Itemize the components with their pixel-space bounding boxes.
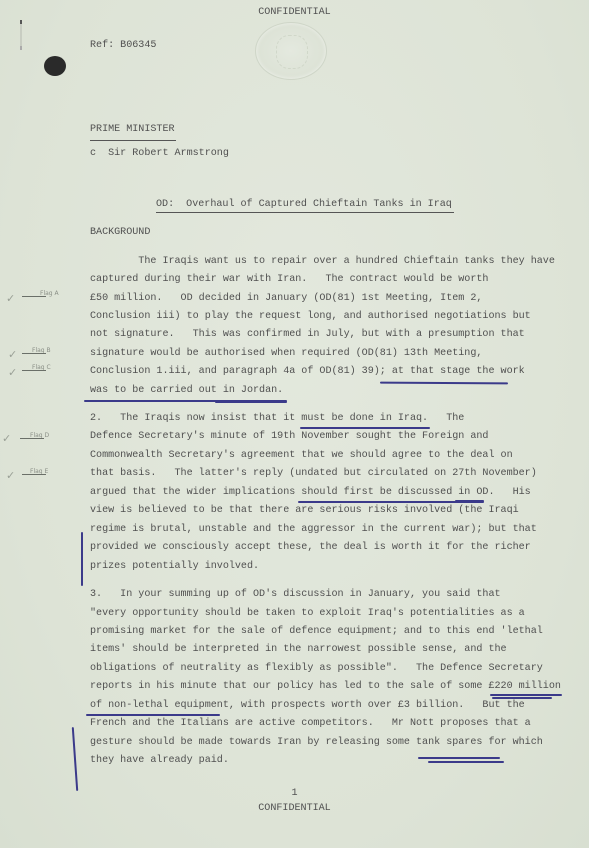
check-icon: ✓	[6, 469, 15, 482]
margin-flag-b: Flag B	[22, 347, 72, 354]
pen-underline	[380, 382, 508, 384]
check-icon: ✓	[6, 292, 15, 305]
text-line: provided we consciously accept these, th…	[90, 542, 531, 554]
text-line: The Iraqis want us to repair over a hund…	[90, 256, 555, 268]
text-line: promising market for the sale of defence…	[90, 626, 543, 638]
text-line: £50 million. OD decided in January (OD(8…	[90, 293, 482, 305]
text-line: view is believed to be that there are se…	[90, 505, 519, 517]
margin-mark	[20, 20, 22, 50]
text-line: prizes potentially involved.	[90, 561, 259, 573]
punch-hole	[44, 56, 66, 76]
text-line: Conclusion iii) to play the request long…	[90, 311, 531, 323]
check-icon: ✓	[8, 348, 17, 361]
pen-sideline	[72, 727, 78, 791]
text-line: Commonwealth Secretary's agreement that …	[90, 450, 513, 462]
text-line: that basis. The latter's reply (undated …	[90, 468, 537, 480]
page-number: 1	[0, 788, 589, 800]
title-underline	[156, 212, 454, 213]
text-line: Defence Secretary's minute of 19th Novem…	[90, 431, 488, 443]
margin-flag-c: Flag C	[22, 364, 72, 371]
addressee-to: PRIME MINISTER	[90, 124, 175, 136]
text-line: not signature. This was confirmed in Jul…	[90, 329, 525, 341]
pen-underline	[490, 694, 562, 696]
pen-underline	[300, 427, 430, 429]
text-line: 3. In your summing up of OD's discussion…	[90, 589, 501, 601]
text-line: "every opportunity should be taken to ex…	[90, 608, 525, 620]
check-icon: ✓	[8, 366, 17, 379]
footer-classification: CONFIDENTIAL	[0, 803, 589, 815]
addressee-underline	[90, 140, 176, 141]
check-icon: ✓	[2, 432, 11, 445]
text-line: was to be carried out in Jordan.	[90, 385, 283, 397]
text-line: of non-lethal equipment, with prospects …	[90, 700, 525, 712]
margin-flag-d: Flag D	[20, 432, 70, 439]
margin-flag-a: Flag A	[22, 290, 72, 297]
text-line: argued that the wider implications shoul…	[90, 487, 531, 499]
text-line: Conclusion 1.iii, and paragraph 4a of OD…	[90, 366, 525, 378]
margin-flag-e: Flag E	[22, 468, 72, 475]
header-classification: CONFIDENTIAL	[0, 7, 589, 19]
text-line: they have already paid.	[90, 755, 229, 767]
text-line: signature would be authorised when requi…	[90, 348, 482, 360]
section-heading: BACKGROUND	[90, 227, 150, 239]
pen-underline	[455, 500, 484, 502]
pen-underline	[418, 757, 500, 759]
text-line: captured during their war with Iran. The…	[90, 274, 488, 286]
text-line: reports in his minute that our policy ha…	[90, 681, 561, 693]
pen-underline	[428, 761, 504, 763]
addressee-copy: c Sir Robert Armstrong	[90, 148, 229, 160]
pen-underline	[215, 401, 287, 403]
embossed-crest-icon	[255, 22, 327, 80]
text-line: items' should be interpreted in the narr…	[90, 644, 507, 656]
document-title: OD: Overhaul of Captured Chieftain Tanks…	[156, 199, 452, 211]
text-line: regime is brutal, unstable and the aggre…	[90, 524, 537, 536]
document-page: CONFIDENTIAL Ref: B06345 PRIME MINISTER …	[0, 0, 589, 848]
pen-sideline	[81, 532, 83, 586]
pen-underline	[86, 714, 220, 716]
reference-number: Ref: B06345	[90, 40, 156, 52]
pen-underline	[492, 697, 552, 699]
text-line: obligations of neutrality as flexibly as…	[90, 663, 543, 675]
text-line: French and the Italians are active compe…	[90, 718, 531, 730]
text-line: gesture should be made towards Iran by r…	[90, 737, 543, 749]
text-line: 2. The Iraqis now insist that it must be…	[90, 413, 464, 425]
